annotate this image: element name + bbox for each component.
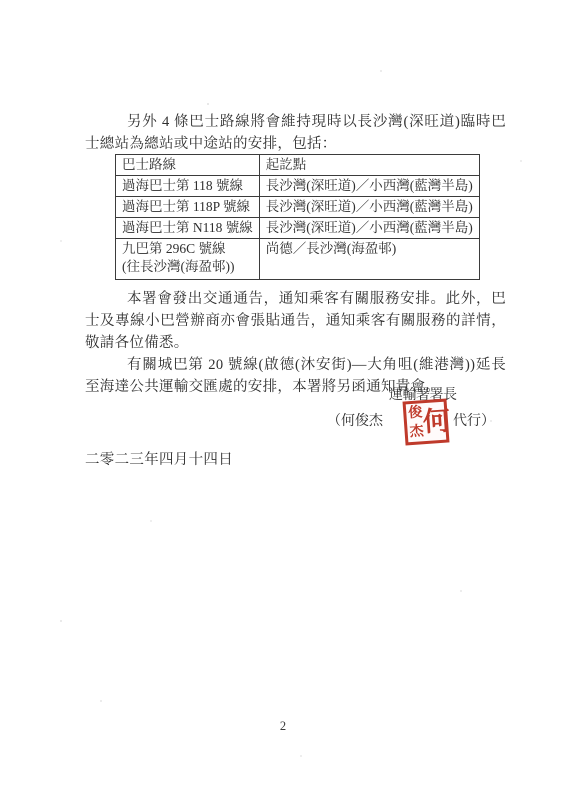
termini-cell: 尚德／長沙灣(海盈邨) bbox=[259, 239, 479, 280]
seal-char-top-left: 俊 bbox=[408, 404, 423, 422]
scanned-letter-page: 另外 4 條巴士路線將會維持現時以長沙灣(深旺道)臨時巴士總站為總站或中途站的安… bbox=[0, 0, 566, 800]
table-header-row: 巴士路線 起訖點 bbox=[116, 155, 480, 176]
notice-paragraph: 本署會發出交通通告，通知乘客有關服務安排。此外，巴士及專線小巴營辦商亦會張貼通告… bbox=[85, 288, 506, 354]
intro-paragraph: 另外 4 條巴士路線將會維持現時以長沙灣(深旺道)臨時巴士總站為總站或中途站的安… bbox=[85, 111, 506, 155]
column-header-termini: 起訖點 bbox=[259, 155, 479, 176]
route-cell: 過海巴士第 118 號線 bbox=[116, 176, 260, 197]
page-number: 2 bbox=[0, 719, 566, 734]
termini-cell: 長沙灣(深旺道)／小西灣(藍灣半島) bbox=[259, 197, 479, 218]
table-row: 過海巴士第 118 號線 長沙灣(深旺道)／小西灣(藍灣半島) bbox=[116, 176, 480, 197]
seal-char-bottom-left: 杰 bbox=[409, 423, 424, 441]
seal-char-right: 何 bbox=[422, 401, 452, 441]
route-cell: 過海巴士第 N118 號線 bbox=[116, 218, 260, 239]
route-cell: 九巴第 296C 號線 (往長沙灣(海盈邨)) bbox=[116, 239, 260, 280]
route-cell-line1: 九巴第 296C 號線 bbox=[122, 240, 253, 258]
termini-cell: 長沙灣(深旺道)／小西灣(藍灣半島) bbox=[259, 176, 479, 197]
termini-cell: 長沙灣(深旺道)／小西灣(藍灣半島) bbox=[259, 218, 479, 239]
table-row: 九巴第 296C 號線 (往長沙灣(海盈邨)) 尚德／長沙灣(海盈邨) bbox=[116, 239, 480, 280]
bus-routes-table: 巴士路線 起訖點 過海巴士第 118 號線 長沙灣(深旺道)／小西灣(藍灣半島)… bbox=[115, 154, 480, 280]
column-header-route: 巴士路線 bbox=[116, 155, 260, 176]
table-row: 過海巴士第 118P 號線 長沙灣(深旺道)／小西灣(藍灣半島) bbox=[116, 197, 480, 218]
signatory-name-open: （何俊杰 bbox=[327, 410, 383, 430]
letter-date: 二零二三年四月十四日 bbox=[85, 448, 233, 469]
route-cell-line2: (往長沙灣(海盈邨)) bbox=[122, 258, 253, 276]
table-row: 過海巴士第 N118 號線 長沙灣(深旺道)／小西灣(藍灣半島) bbox=[116, 218, 480, 239]
name-seal-stamp-icon: 俊 杰 何 bbox=[403, 399, 450, 446]
signatory-name-close: 代行） bbox=[453, 410, 495, 430]
route-cell: 過海巴士第 118P 號線 bbox=[116, 197, 260, 218]
